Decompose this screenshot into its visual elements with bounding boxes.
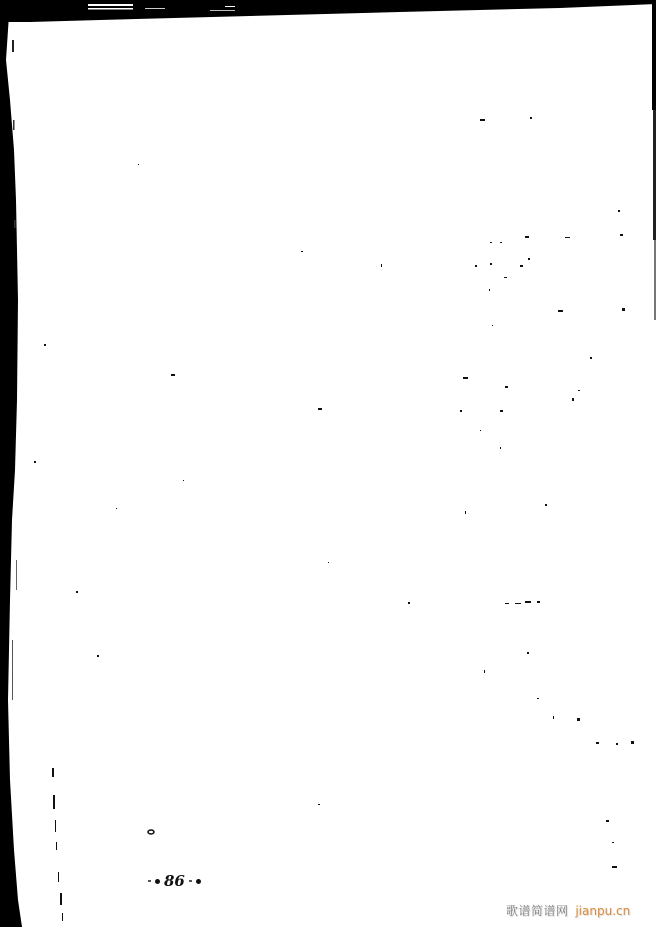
page-number-ornament-right-tick — [189, 880, 192, 882]
page-number-ornament-left-dot — [155, 879, 160, 884]
page-number-ornament-right-dot — [196, 879, 201, 884]
scan-edge-left — [0, 0, 30, 927]
watermark: 歌谱简谱网 jianpu.cn — [506, 902, 630, 919]
watermark-site-domain: jianpu.cn — [575, 904, 630, 918]
scan-edge-right — [650, 0, 656, 320]
page-number-ornament-left-tick — [148, 880, 151, 882]
page-number: 86 — [148, 872, 201, 890]
watermark-site-name: 歌谱简谱网 — [506, 904, 569, 918]
page-number-text: 86 — [164, 872, 185, 890]
scanned-page: 86 歌谱简谱网 jianpu.cn — [0, 0, 656, 927]
scan-noise — [0, 0, 656, 927]
scan-edge-top — [0, 0, 656, 22]
